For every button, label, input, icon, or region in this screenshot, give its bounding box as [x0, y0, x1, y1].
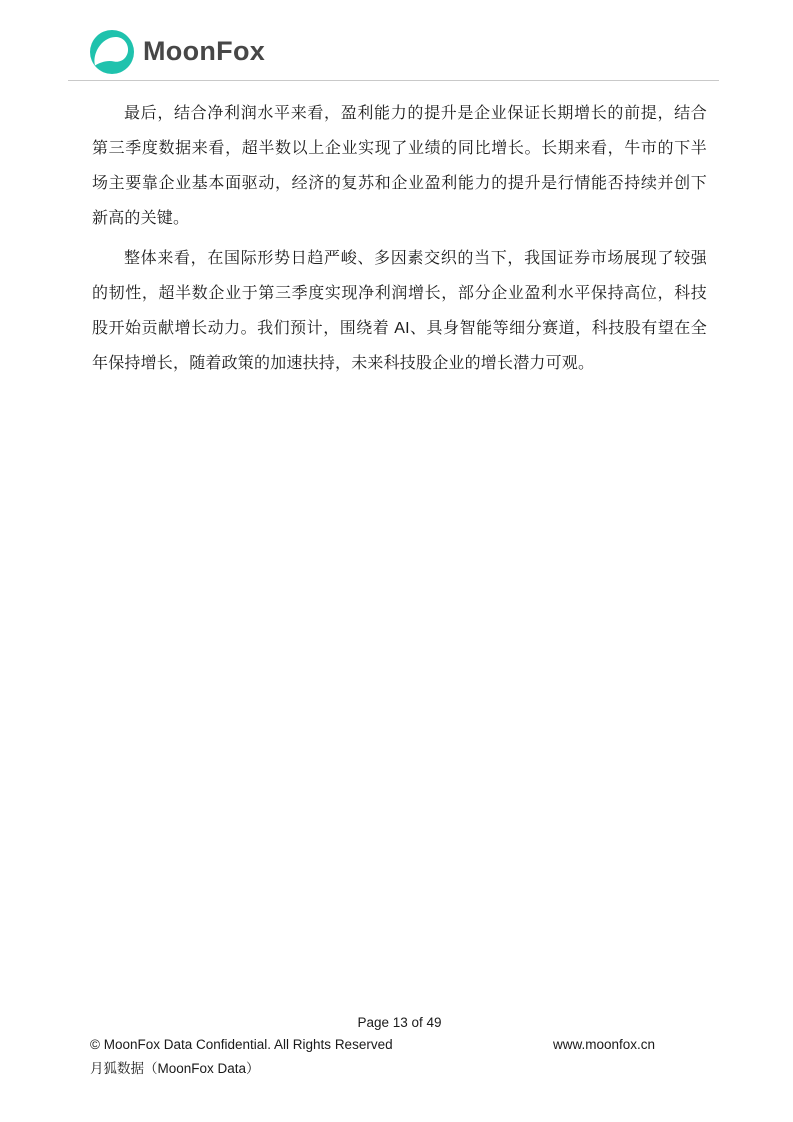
document-body: 最后，结合净利润水平来看，盈利能力的提升是企业保证长期增长的前提，结合第三季度数… — [92, 96, 707, 386]
moonfox-logo-text: MoonFox — [143, 38, 265, 67]
moonfox-logo-icon — [90, 30, 134, 74]
page-number: Page 13 of 49 — [92, 1015, 707, 1030]
copyright-notice: © MoonFox Data Confidential. All Rights … — [90, 1037, 393, 1052]
body-paragraph: 最后，结合净利润水平来看，盈利能力的提升是企业保证长期增长的前提，结合第三季度数… — [92, 96, 707, 236]
moonfox-logo: MoonFox — [90, 30, 265, 74]
header-divider — [68, 80, 719, 81]
company-name: 月狐数据（MoonFox Data） — [90, 1057, 260, 1077]
document-page: MoonFox 最后，结合净利润水平来看，盈利能力的提升是企业保证长期增长的前提… — [0, 0, 793, 1122]
body-paragraph: 整体来看，在国际形势日趋严峻、多因素交织的当下，我国证券市场展现了较强的韧性，超… — [92, 241, 707, 381]
website-link[interactable]: www.moonfox.cn — [553, 1037, 655, 1052]
